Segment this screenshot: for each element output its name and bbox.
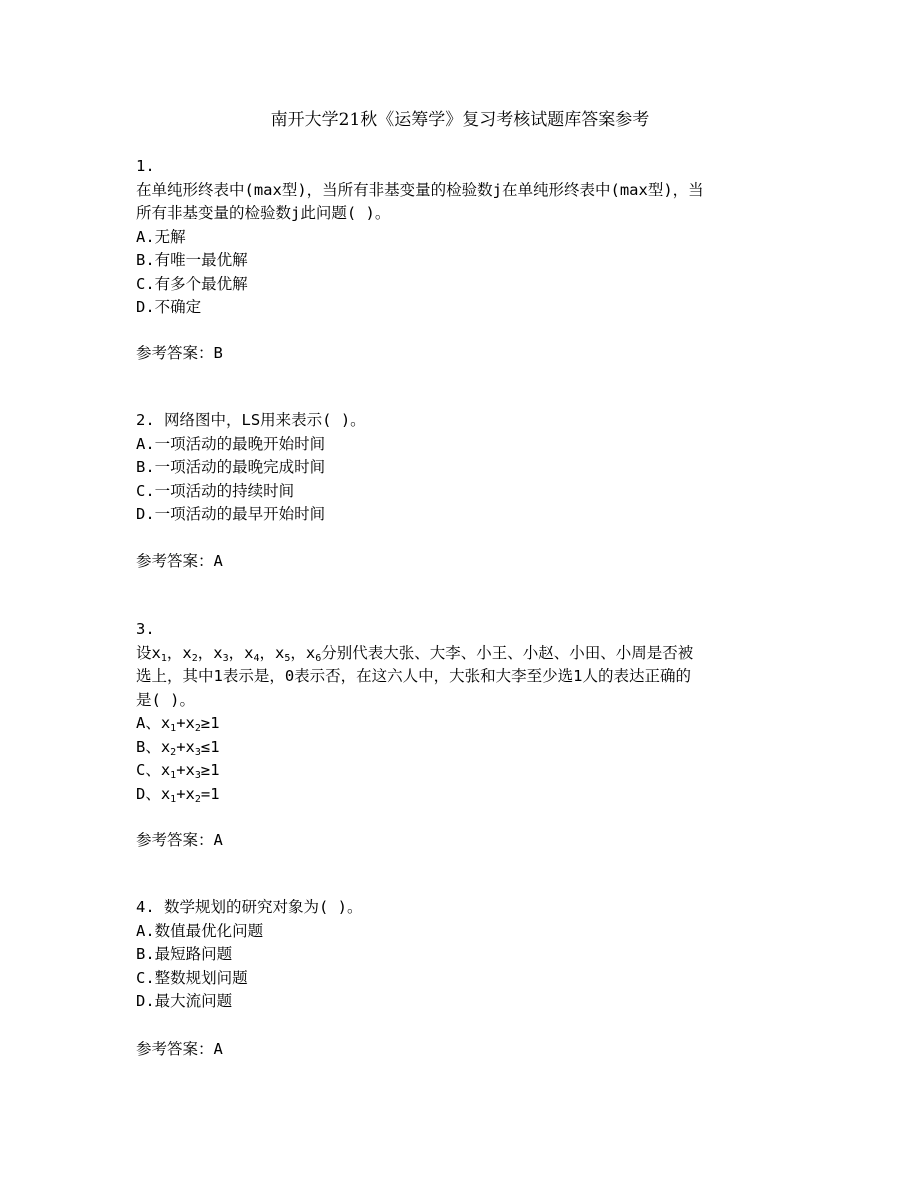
answer-1: 参考答案：B	[136, 342, 223, 366]
question-number: 3.	[136, 618, 786, 642]
question-4: 4. 数学规划的研究对象为( )。 A.数值最优化问题 B.最短路问题 C.整数…	[136, 896, 786, 1014]
option-c: C.一项活动的持续时间	[136, 480, 786, 504]
option-a: A.一项活动的最晚开始时间	[136, 433, 786, 457]
question-number: 1.	[136, 155, 786, 179]
question-number: 2.	[136, 411, 155, 429]
question-stem-cont: 选上，其中1表示是，0表示否，在这六人中，大张和大李至少选1人的表达正确的	[136, 665, 786, 689]
answer-value: A	[214, 1040, 223, 1058]
answer-label: 参考答案：	[136, 1040, 214, 1058]
question-stem: 2. 网络图中，LS用来表示( )。	[136, 409, 786, 433]
option-a: A.无解	[136, 226, 786, 250]
option-a: A.数值最优化问题	[136, 920, 786, 944]
option-d: D.最大流问题	[136, 990, 786, 1014]
question-stem: 设x1，x2，x3，x4，x5，x6分别代表大张、大李、小王、小赵、小田、小周是…	[136, 642, 786, 666]
option-c: C.整数规划问题	[136, 967, 786, 991]
option-a: A、x1+x2≥1	[136, 712, 786, 736]
question-stem: 在单纯形终表中(max型)，当所有非基变量的检验数j在单纯形终表中(max型)，…	[136, 179, 786, 203]
question-stem-cont: 是( )。	[136, 689, 786, 713]
option-b: B.有唯一最优解	[136, 249, 786, 273]
option-b: B、x2+x3≤1	[136, 736, 786, 760]
answer-label: 参考答案：	[136, 831, 214, 849]
answer-label: 参考答案：	[136, 552, 214, 570]
question-number: 4.	[136, 898, 155, 916]
option-c: C.有多个最优解	[136, 273, 786, 297]
question-stem: 4. 数学规划的研究对象为( )。	[136, 896, 786, 920]
question-3: 3. 设x1，x2，x3，x4，x5，x6分别代表大张、大李、小王、小赵、小田、…	[136, 618, 786, 806]
answer-value: A	[214, 552, 223, 570]
option-b: B.一项活动的最晚完成时间	[136, 456, 786, 480]
question-2: 2. 网络图中，LS用来表示( )。 A.一项活动的最晚开始时间 B.一项活动的…	[136, 409, 786, 527]
option-d: D、x1+x2=1	[136, 783, 786, 807]
answer-4: 参考答案：A	[136, 1038, 223, 1062]
answer-label: 参考答案：	[136, 344, 214, 362]
answer-value: A	[214, 831, 223, 849]
answer-3: 参考答案：A	[136, 829, 223, 853]
question-1: 1. 在单纯形终表中(max型)，当所有非基变量的检验数j在单纯形终表中(max…	[136, 155, 786, 320]
option-d: D.一项活动的最早开始时间	[136, 503, 786, 527]
page-title: 南开大学21秋《运筹学》复习考核试题库答案参考	[0, 108, 920, 132]
question-stem-cont: 所有非基变量的检验数j此问题( )。	[136, 202, 786, 226]
option-c: C、x1+x3≥1	[136, 759, 786, 783]
answer-value: B	[214, 344, 223, 362]
option-b: B.最短路问题	[136, 943, 786, 967]
option-d: D.不确定	[136, 296, 786, 320]
answer-2: 参考答案：A	[136, 550, 223, 574]
